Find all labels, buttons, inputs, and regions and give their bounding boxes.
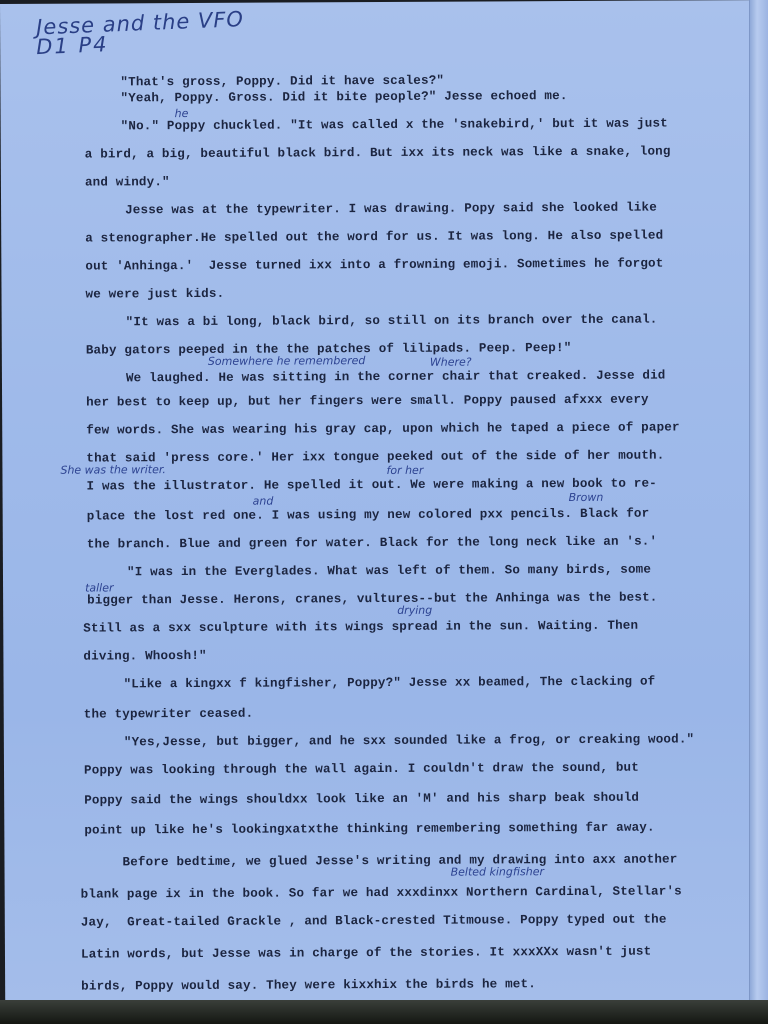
- typed-line: Before bedtime, we glued Jesse's writing…: [122, 852, 677, 869]
- typed-line: place the lost red one. I was using my n…: [87, 507, 650, 524]
- manuscript-page: Jesse and the VFO D1 P4 "That's gross, P…: [0, 0, 757, 1004]
- handwritten-note: taller: [85, 581, 114, 594]
- typed-line: few words. She was wearing his gray cap,…: [86, 420, 680, 437]
- table-surface: [0, 1000, 768, 1024]
- typed-line: diving. Whoosh!": [83, 649, 206, 664]
- typed-line: birds, Poppy would say. They were kixxhi…: [81, 977, 536, 993]
- handwritten-note: and: [253, 495, 274, 508]
- typed-line: "Yes,Jesse, but bigger, and he sxx sound…: [124, 732, 694, 749]
- typed-line: bigger than Jesse. Herons, cranes, vultu…: [87, 591, 657, 608]
- handwritten-note: Belted kingfisher: [451, 865, 544, 878]
- typed-line: Jesse was at the typewriter. I was drawi…: [125, 201, 657, 218]
- typed-line: a bird, a big, beautiful black bird. But…: [85, 144, 671, 161]
- typed-line: "Like a kingxx f kingfisher, Poppy?" Jes…: [124, 675, 656, 692]
- typed-line: Latin words, but Jesse was in charge of …: [81, 945, 651, 962]
- typed-line: Poppy was looking through the wall again…: [84, 761, 639, 778]
- typed-line: "That's gross, Poppy. Did it have scales…: [120, 74, 444, 90]
- typed-line: point up like he's lookingxatxthe thinki…: [84, 821, 654, 838]
- typed-line: out 'Anhinga.' Jesse turned ixx into a f…: [85, 257, 663, 274]
- handwritten-annotations: heSomewhere he rememberedWhere?She was t…: [0, 0, 752, 4]
- handwritten-note: Brown: [569, 491, 604, 504]
- typed-text-body: "That's gross, Poppy. Did it have scales…: [0, 0, 752, 4]
- handwritten-note: Somewhere he remembered: [208, 354, 366, 368]
- handwritten-note: for her: [386, 464, 423, 477]
- typed-line: Still as a sxx sculpture with its wings …: [83, 619, 638, 636]
- typed-line: "Yeah, Poppy. Gross. Did it bite people?…: [120, 89, 567, 105]
- handwritten-note: She was the writer.: [60, 463, 165, 477]
- typed-line: Poppy said the wings shouldxx look like …: [84, 791, 639, 808]
- typed-line: a stenographer.He spelled out the word f…: [85, 229, 663, 246]
- typed-line: we were just kids.: [85, 287, 224, 302]
- typed-line: the branch. Blue and green for water. Bl…: [87, 535, 657, 552]
- typed-line: blank page ix in the book. So far we had…: [81, 884, 682, 901]
- typed-line: "No." Poppy chuckled. "It was called x t…: [121, 117, 668, 134]
- handwritten-note: drying: [397, 604, 432, 617]
- typed-line: "I was in the Everglades. What was left …: [127, 563, 651, 580]
- typed-line: and windy.": [85, 175, 170, 189]
- handwritten-page-code: D1 P4: [36, 32, 109, 59]
- typed-line: her best to keep up, but her fingers wer…: [86, 393, 649, 410]
- handwritten-note: Where?: [430, 356, 472, 369]
- typed-line: the typewriter ceased.: [84, 707, 254, 722]
- typed-line: We laughed. He was sitting in the corner…: [126, 369, 666, 386]
- typed-line: that said 'press core.' Her ixx tongue p…: [86, 449, 664, 466]
- stacked-page-edge: [749, 0, 768, 1024]
- typed-line: "It was a bi long, black bird, so still …: [126, 313, 658, 330]
- typed-line: Jay, Great-tailed Grackle , and Black-cr…: [81, 913, 667, 930]
- handwritten-note: he: [175, 107, 189, 120]
